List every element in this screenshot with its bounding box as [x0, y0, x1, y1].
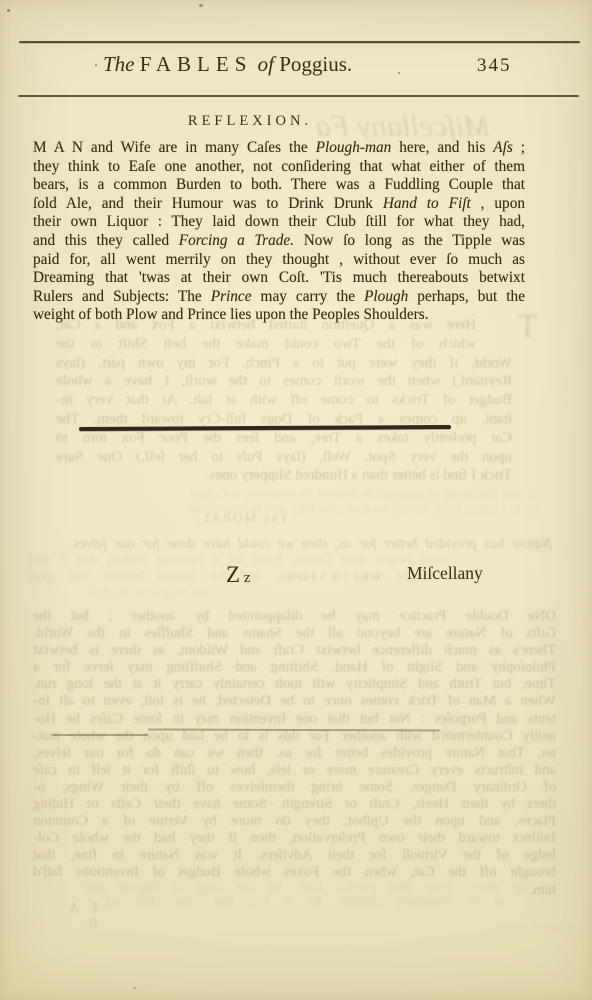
bleedthrough-bottom-line: to be Following another; for a Fox that …: [105, 893, 505, 909]
text-segment: FABLES: [140, 52, 253, 76]
reflexion-heading: REFLEXION.: [40, 113, 460, 130]
ghost-line: Budget of Tricks to come off with at laſ…: [56, 391, 512, 410]
ghost-line: ter, That Nature provides better for us,…: [33, 745, 556, 762]
ghost-line: Here was a Queſtion ſtarted betwixt a Fo…: [56, 316, 512, 335]
catchword: Miſcellany: [407, 563, 483, 584]
ghost-line: Time, but Truth and Simplicity will moſt…: [33, 676, 556, 693]
text-segment: perhaps, but the: [408, 288, 525, 305]
bleedthrough-reflexion-block: ONe Double Practice may be diſappointed …: [33, 608, 556, 899]
book-title: The FABLES of Poggius.: [103, 52, 352, 77]
text-segment: and this they called: [33, 232, 179, 249]
text-line: Dreaming that 'twas at their own Coſt. '…: [33, 269, 525, 288]
text-segment: , upon: [471, 195, 525, 212]
text-segment: ;: [513, 139, 525, 156]
text-line: they think to Eaſe one another, not conſ…: [33, 158, 525, 177]
text-segment: Aſs: [493, 139, 513, 156]
text-line: paid for, all went merrily on they thoug…: [33, 251, 525, 270]
text-line: Rulers and Subjects: The Prince may carr…: [33, 288, 525, 307]
text-segment: Z: [226, 562, 240, 587]
text-segment: may carry the: [252, 288, 365, 305]
ghost-line: Reynard,) when the worſt comes to the wo…: [56, 372, 512, 391]
ghost-line: which of the Two could make the beſt Shi…: [56, 335, 512, 354]
ghost-line: upon the very Spot. Well, (ſays Puſs to …: [56, 448, 512, 467]
ghost-line: Places, and upon the Upſhot, they do mor…: [33, 813, 556, 830]
text-line: M A N and Wife are in many Caſes the Plo…: [33, 139, 525, 158]
gathering-signature: Z z: [226, 562, 250, 588]
reflexion-paragraph: M A N and Wife are in many Caſes the Plo…: [33, 139, 525, 325]
text-segment: Plough: [364, 288, 408, 305]
paper-speck: [199, 4, 203, 7]
ghost-line: and inſtructs every Creature more or leſ…: [33, 762, 556, 779]
ghost-line: thers by their Heels, Craft or Strength.…: [33, 796, 556, 813]
header-rule-bottom: [18, 95, 579, 97]
bleedthrough-fable-block: Here was a Queſtion ſtarted betwixt a Fo…: [56, 316, 512, 485]
bleedthrough-catchword: F A B.: [38, 901, 98, 933]
header-rule-top: [19, 41, 580, 43]
bleedthrough-moral-heading: The MORAL.: [175, 510, 307, 526]
bleedthrough-reflexion-ghost: REFLEXION.: [425, 922, 575, 937]
text-segment: z: [240, 570, 250, 586]
ghost-line: Gifts of Nature are beyond all the Shams…: [33, 625, 556, 642]
text-segment: The: [103, 52, 135, 76]
text-segment: Forcing a Trade.: [179, 232, 294, 249]
text-line: and this they called Forcing a Trade. No…: [33, 232, 525, 251]
bleedthrough-drop-cap: T: [510, 308, 538, 346]
text-segment: and Wife are in many Caſes the: [83, 139, 316, 156]
text-segment: Hand to Fiſt: [383, 195, 471, 212]
text-segment: of: [258, 52, 274, 76]
ghost-line: When a Man of Trick comes once to be Det…: [33, 693, 556, 710]
text-segment: M A N: [33, 139, 83, 156]
ghost-line: Philoſophy and Slight of Hand. Shifting …: [33, 659, 556, 676]
ghost-line: ledge of the Virtuoſi for their Adviſers…: [33, 847, 556, 864]
paper-speck: [7, 9, 10, 12]
text-segment: Poggius.: [274, 52, 352, 76]
ghost-line: There's as much difference betwixt Craft…: [33, 642, 556, 659]
ghost-line: Inſtinct toward their own Preſervation, …: [33, 830, 556, 847]
text-line: ſold Ale, and their Humour was to Drink …: [33, 195, 525, 214]
bleedthrough-underline: [52, 734, 148, 736]
signature-row: Z z Miſcellany: [0, 562, 592, 592]
book-page-scan: The FABLES of Poggius. 345 Miſcellany Fa…: [0, 0, 592, 1000]
ghost-line: tents and Purpoſes : Not but that one In…: [33, 711, 556, 728]
ghost-line: ONe Double Practice may be diſappointed …: [33, 608, 556, 625]
text-segment: ſold Ale, and their Humour was to Drink …: [33, 195, 383, 212]
bleedthrough-moral-line: Nature has provided better for us, then …: [70, 536, 552, 553]
text-segment: Plough-man: [316, 139, 392, 156]
text-line: their own Liquor : They laid down their …: [33, 213, 525, 232]
text-segment: Now ſo long as the Tipple was: [294, 232, 525, 249]
text-segment: Rulers and Subjects: The: [33, 288, 211, 305]
text-line: bears, is a common Burden to both. There…: [33, 176, 525, 195]
ghost-line: Trick I find is better than a Hundred Sl…: [56, 466, 512, 485]
bleedthrough-faint-line: dy and Diſcipline to accompliſh Natural …: [40, 487, 540, 503]
ghost-line: World, if they were put to a Pinch. For …: [56, 354, 512, 373]
paper-speck: [133, 987, 136, 989]
ghost-line: Cat preſently takes a Tree, and ſees the…: [56, 429, 512, 448]
ghost-line: of Ordinary Danger. Some bring themſelve…: [33, 779, 556, 796]
page-number: 345: [477, 55, 512, 77]
text-segment: Prince: [211, 288, 252, 305]
text-segment: here, and his: [391, 139, 493, 156]
running-header: The FABLES of Poggius. 345: [0, 52, 592, 82]
